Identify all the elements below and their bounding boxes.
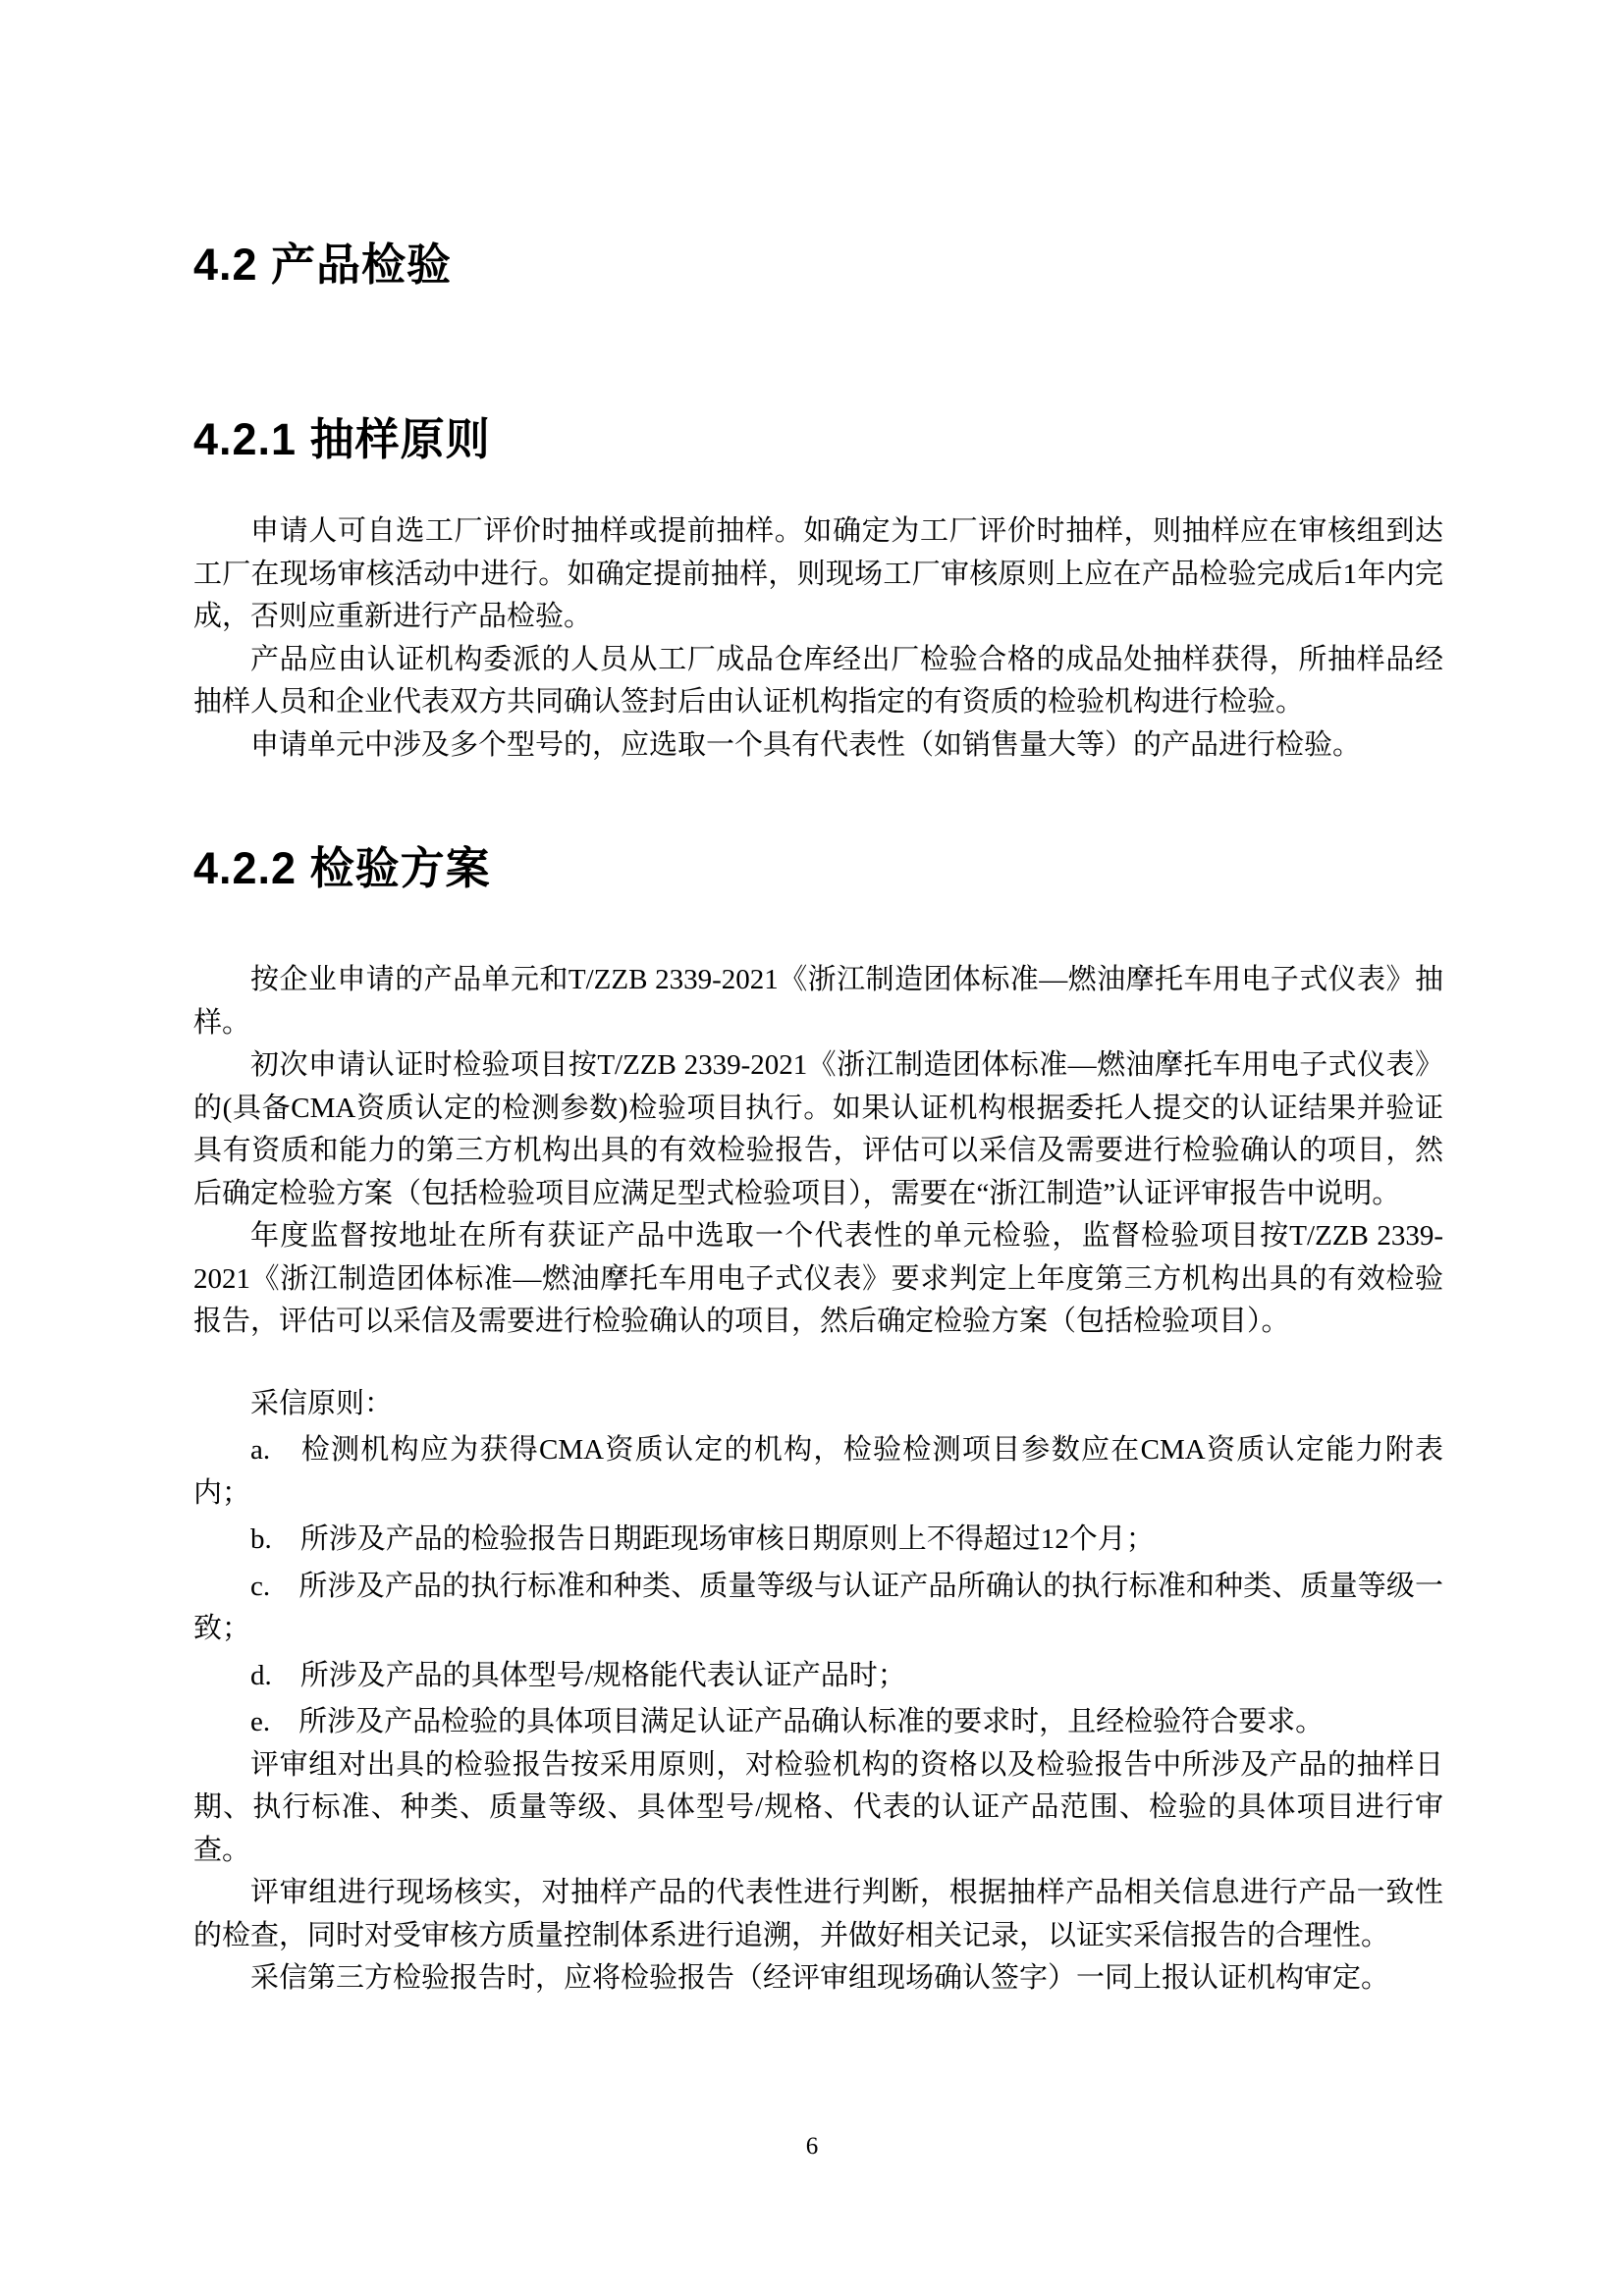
paragraph-plan-2: 初次申请认证时检验项目按T/ZZB 2339-2021《浙江制造团体标准—燃油摩…: [193, 1044, 1443, 1215]
principle-item-b: b. 所涉及产品的检验报告日期距现场审核日期原则上不得超过12个月；: [193, 1519, 1443, 1562]
paragraph-review-1: 评审组对出具的检验报告按采用原则，对检验机构的资格以及检验报告中所涉及产品的抽样…: [193, 1744, 1443, 1873]
paragraph-plan-1: 按企业申请的产品单元和T/ZZB 2339-2021《浙江制造团体标准—燃油摩托…: [193, 959, 1443, 1044]
principle-item-e: e. 所涉及产品检验的具体项目满足认证产品确认标准的要求时，且经检验符合要求。: [193, 1701, 1443, 1744]
heading-inspection-plan: 4.2.2 检验方案: [193, 843, 1443, 894]
principle-item-c: c. 所涉及产品的执行标准和种类、质量等级与认证产品所确认的执行标准和种类、质量…: [193, 1566, 1443, 1651]
paragraph-sampling-1: 申请人可自选工厂评价时抽样或提前抽样。如确定为工厂评价时抽样，则抽样应在审核组到…: [193, 510, 1443, 639]
paragraph-plan-3: 年度监督按地址在所有获证产品中选取一个代表性的单元检验，监督检验项目按T/ZZB…: [193, 1215, 1443, 1344]
principle-item-a: a. 检测机构应为获得CMA资质认定的机构，检验检测项目参数应在CMA资质认定能…: [193, 1429, 1443, 1515]
page-number: 6: [0, 2132, 1624, 2162]
heading-product-inspection: 4.2 产品检验: [193, 240, 1443, 291]
paragraph-review-2: 评审组进行现场核实，对抽样产品的代表性进行判断，根据抽样产品相关信息进行产品一致…: [193, 1872, 1443, 1957]
page-content: 4.2 产品检验 4.2.1 抽样原则 申请人可自选工厂评价时抽样或提前抽样。如…: [193, 0, 1443, 2001]
paragraph-review-3: 采信第三方检验报告时，应将检验报告（经评审组现场确认签字）一同上报认证机构审定。: [193, 1957, 1443, 2001]
paragraph-sampling-2: 产品应由认证机构委派的人员从工厂成品仓库经出厂检验合格的成品处抽样获得，所抽样品…: [193, 639, 1443, 724]
paragraph-sampling-3: 申请单元中涉及多个型号的，应选取一个具有代表性（如销售量大等）的产品进行检验。: [193, 724, 1443, 768]
principle-item-d: d. 所涉及产品的具体型号/规格能代表认证产品时；: [193, 1655, 1443, 1698]
document-page: 4.2 产品检验 4.2.1 抽样原则 申请人可自选工厂评价时抽样或提前抽样。如…: [0, 0, 1624, 2296]
heading-sampling-principles: 4.2.1 抽样原则: [193, 414, 1443, 465]
principles-title: 采信原则：: [193, 1383, 1443, 1426]
